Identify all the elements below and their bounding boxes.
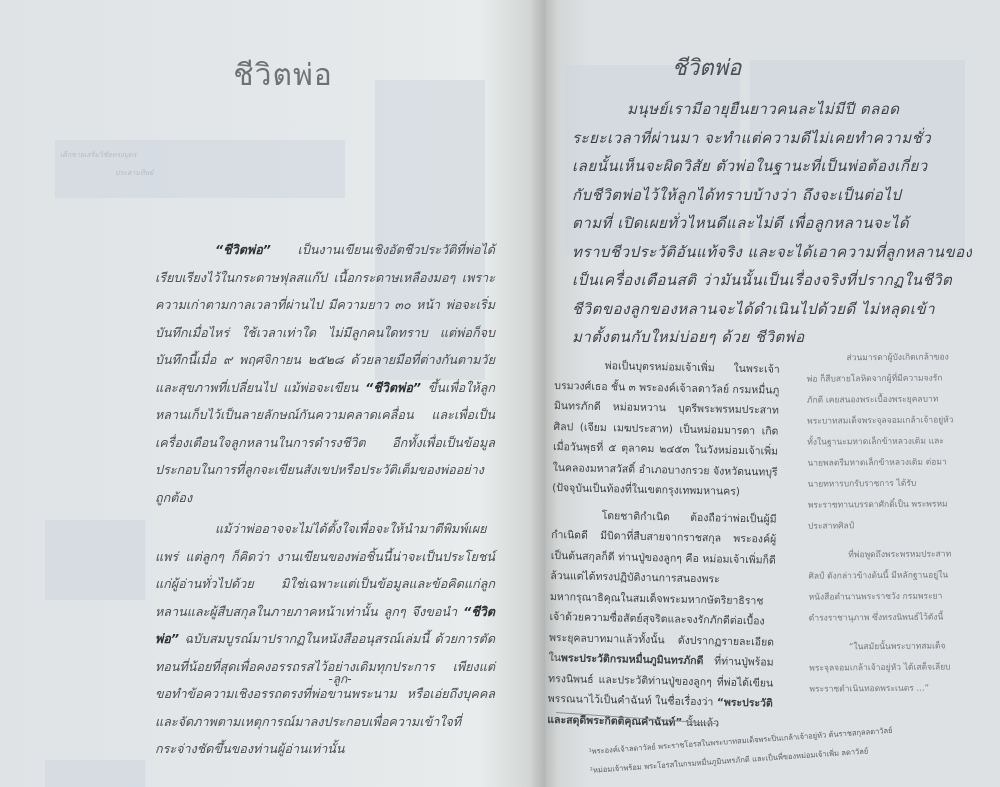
- open-book-spread: เด็กชายเสริมวิชัยทรงบุตร ประสานทิพย์ ชีว…: [0, 0, 1000, 787]
- biography-paragraph: โดยชาติกำเนิด ต้องถือว่าพ่อเป็นผู้มีกำเน…: [547, 504, 777, 734]
- signature: -ลูก-: [300, 670, 380, 689]
- handwritten-title: ชีวิตพ่อ: [672, 50, 741, 85]
- bold-book-title: พระประวัติกรมหมื่นภูมินทรภักดี: [561, 652, 704, 667]
- bleed-through-block: [55, 140, 345, 198]
- page-title: ชีวิตพ่อ: [198, 52, 368, 99]
- paragraph-text: พ่อเป็นบุตรหม่อมเจ้าเพิ่ม ในพระเจ้าบรมวง…: [552, 360, 780, 498]
- biography-column-1: พ่อเป็นบุตรหม่อมเจ้าเพิ่ม ในพระเจ้าบรมวง…: [547, 355, 780, 741]
- biography-paragraph: พ่อเป็นบุตรหม่อมเจ้าเพิ่ม ในพระเจ้าบรมวง…: [552, 355, 780, 503]
- paragraph-text: โดยชาติกำเนิด ต้องถือว่าพ่อเป็นผู้มีกำเน…: [549, 510, 777, 665]
- handwritten-line: มนุษย์เรามีอายุยืนยาวคนละไม่มีปี ตลอด: [572, 95, 972, 124]
- handwritten-line: กับชีวิตพ่อไว้ให้ลูกได้ทราบบ้างว่า ถึงจะ…: [572, 181, 972, 210]
- paragraph-text: แม้ว่าพ่ออาจจะไม่ได้ตั้งใจเพื่อจะให้นำมา…: [155, 521, 495, 619]
- left-page: เด็กชายเสริมวิชัยทรงบุตร ประสานทิพย์ ชีว…: [0, 0, 545, 787]
- bleed-through-block: [45, 760, 145, 787]
- paragraph-text: เป็นงานเขียนเชิงอัตชีวประวัติที่พ่อได้เร…: [155, 242, 495, 395]
- biography-column-2: ส่วนมารดาผู้บังเกิดเกล้าของพ่อ ก็สืบสายโ…: [806, 347, 959, 708]
- biography-paragraph: “ในสมัยนั้นพระบาทสมเด็จพระจุลจอมเกล้าเจ้…: [809, 636, 960, 700]
- bold-title-ref: “ชีวิตพ่อ”: [365, 380, 421, 395]
- bold-title-ref: “ชีวิตพ่อ”: [215, 242, 271, 257]
- handwritten-line: ตามที่ เปิดเผยทั่วไหนดีและไม่ดี เพื่อลูก…: [572, 209, 972, 238]
- preface-paragraph: “ชีวิตพ่อ” เป็นงานเขียนเชิงอัตชีวประวัติ…: [155, 236, 495, 511]
- biography-paragraph: ส่วนมารดาผู้บังเกิดเกล้าของพ่อ ก็สืบสายโ…: [806, 347, 958, 537]
- handwritten-line: ทราบชีวประวัติอันแท้จริง และจะได้เอาความ…: [572, 238, 972, 267]
- biography-paragraph: ที่พ่อพูดถึงพระพรหมประสาทศิลป์ ดังกล่าวข…: [808, 544, 959, 629]
- handwritten-line: ชีวิตของลูกของหลานจะได้ดำเนินไปด้วยดี ไม…: [572, 295, 972, 324]
- paragraph-text: ฉบับสมบูรณ์มาปรากฏในหนังสืออนุสรณ์เล่มนี…: [155, 631, 495, 756]
- handwritten-line: ระยะเวลาที่ผ่านมา จะทำแต่ความดีไม่เคยทำค…: [572, 124, 972, 153]
- handwritten-line: เลยนั้นเห็นจะผิดวิสัย ตัวพ่อในฐานะที่เป็…: [572, 152, 972, 181]
- paragraph-text: ขึ้นเพื่อให้ลูกหลานเก็บไว้เป็นลายลักษณ์ก…: [155, 380, 495, 505]
- bleed-through-block: [45, 520, 145, 600]
- preface-paragraph: แม้ว่าพ่ออาจจะไม่ได้ตั้งใจเพื่อจะให้นำมา…: [155, 515, 495, 763]
- bleed-through-caption: ประสานทิพย์: [115, 168, 153, 179]
- handwritten-line: เป็นเครื่องเตือนสติ ว่ามันนั้นเป็นเรื่อง…: [572, 266, 972, 295]
- bleed-through-caption: เด็กชายเสริมวิชัยทรงบุตร: [60, 150, 136, 161]
- handwritten-manuscript: มนุษย์เรามีอายุยืนยาวคนละไม่มีปี ตลอด ระ…: [572, 95, 972, 352]
